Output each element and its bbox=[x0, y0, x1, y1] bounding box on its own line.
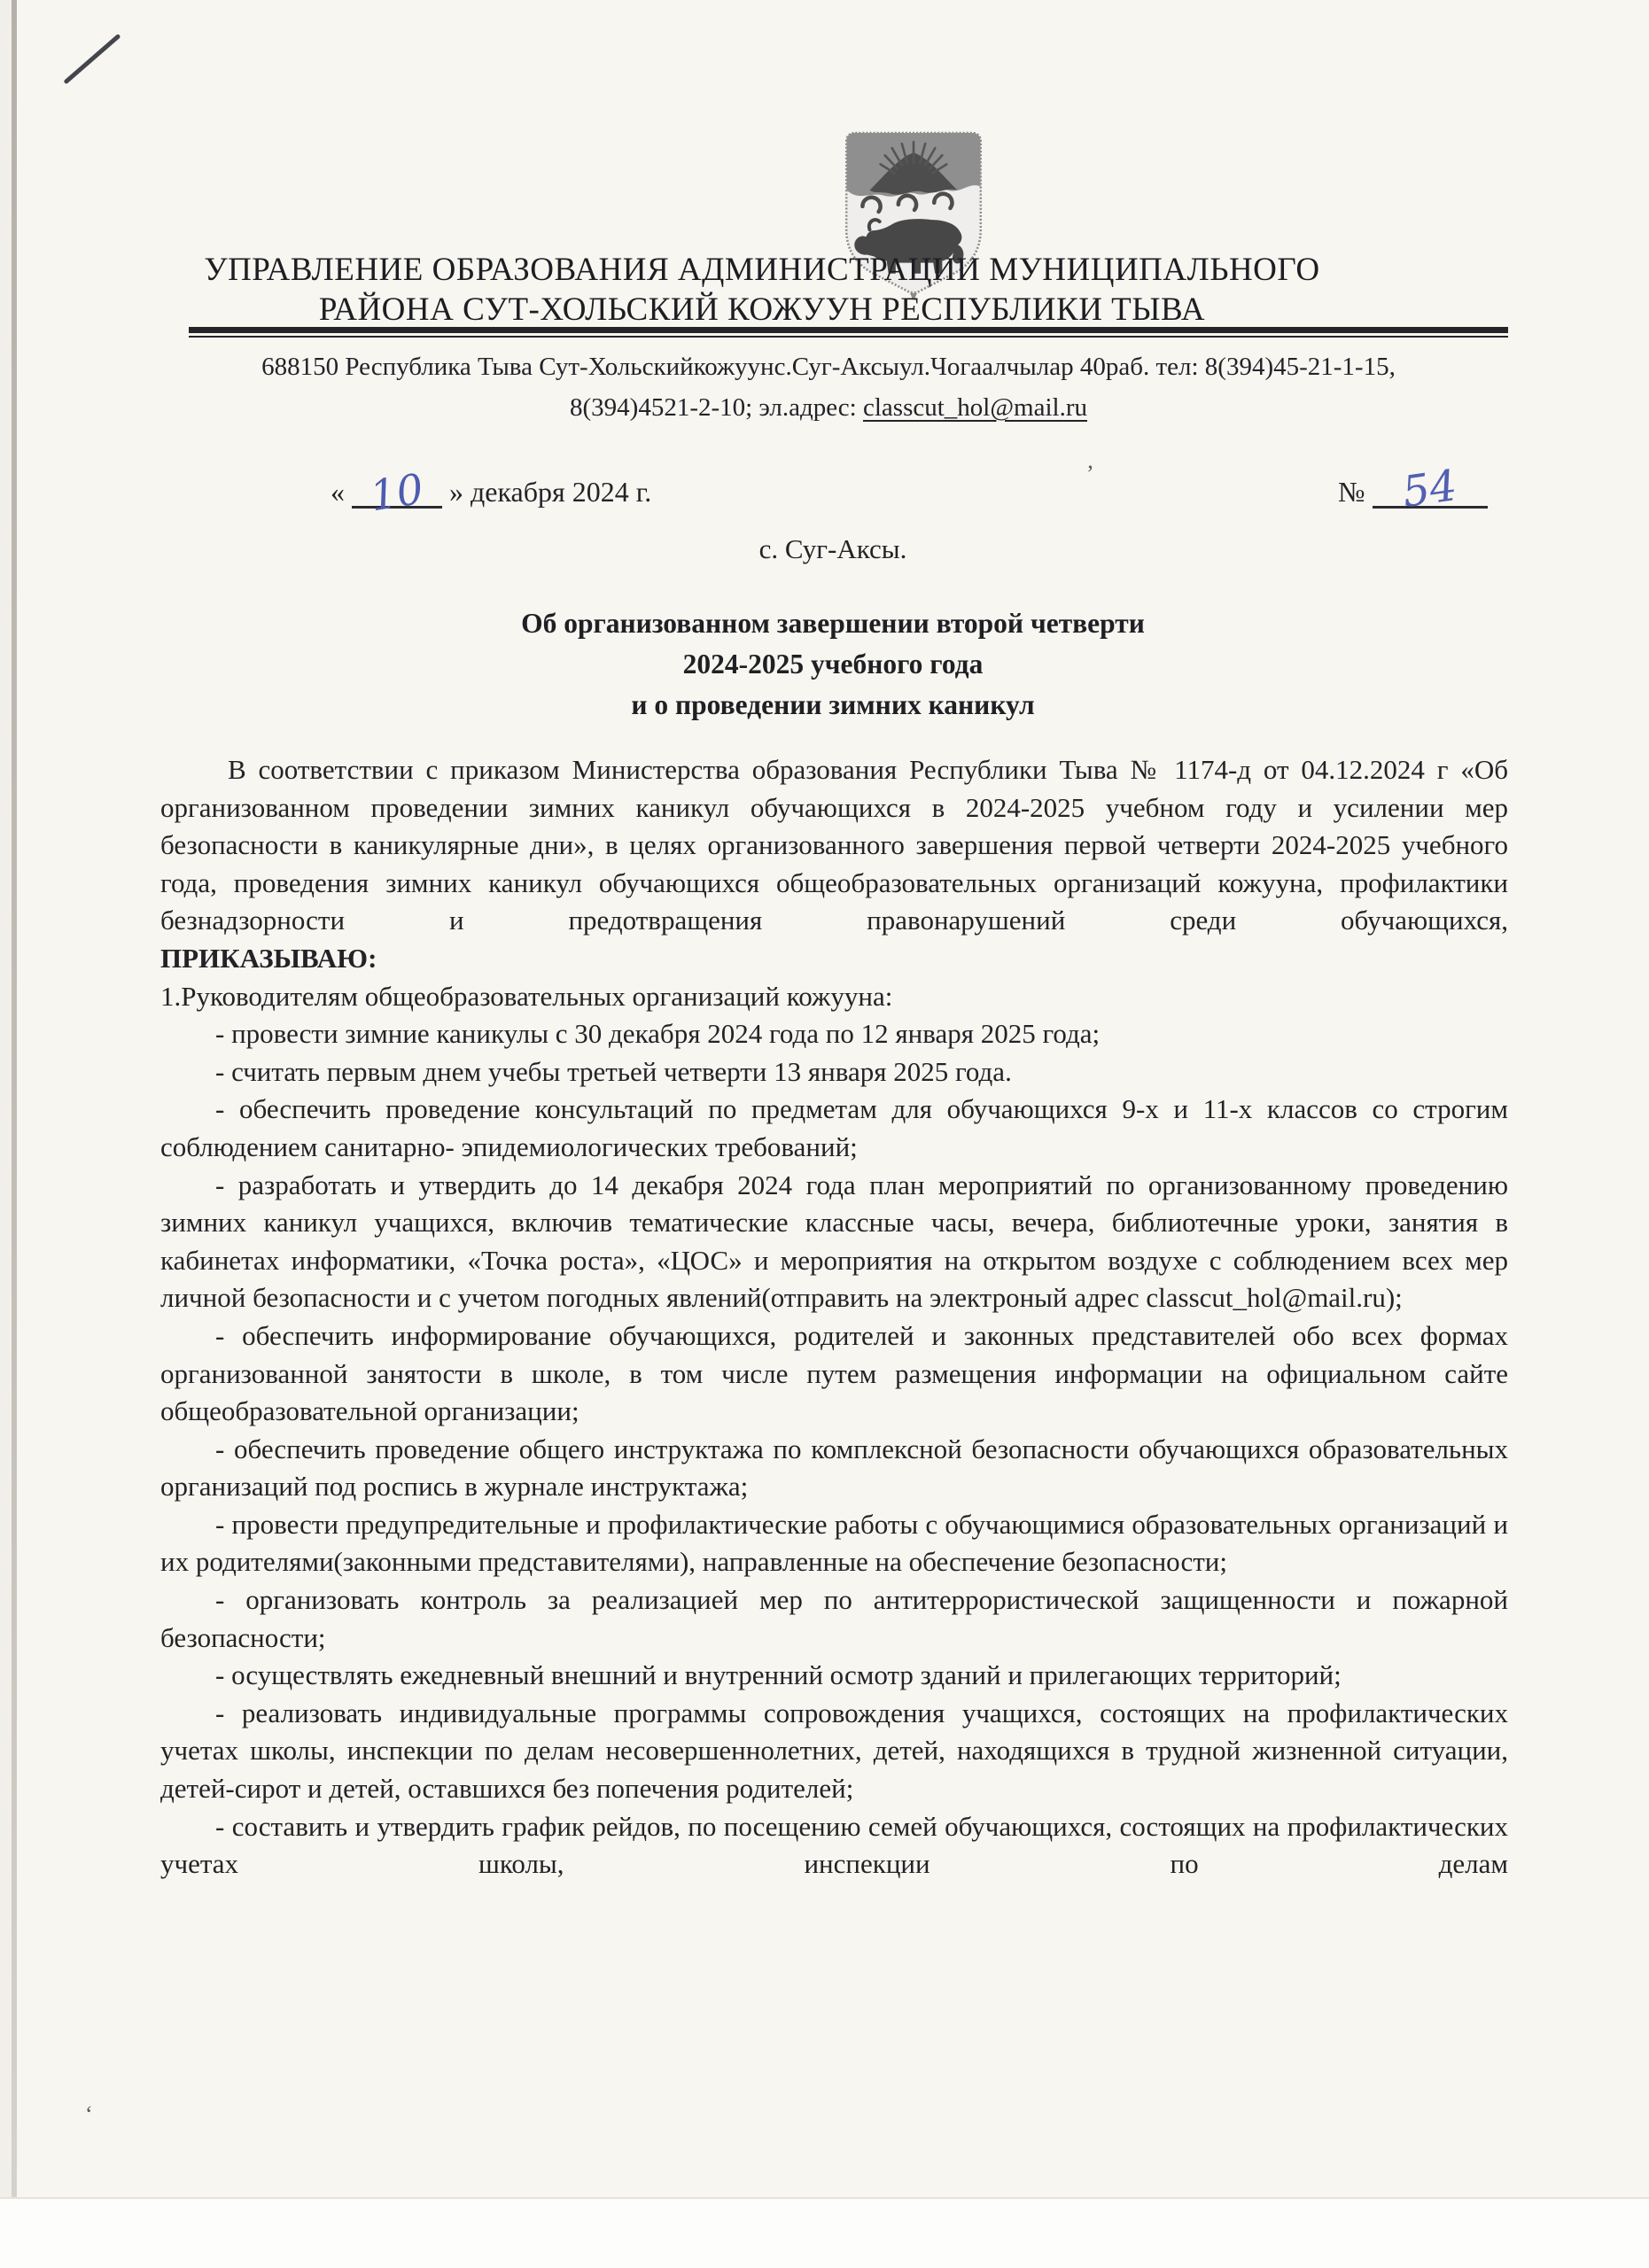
section-1-heading: 1.Руководителям общеобразовательных орга… bbox=[160, 978, 1508, 1016]
handwritten-number: 54 bbox=[1403, 485, 1456, 493]
prikaz-word: ПРИКАЗЫВАЮ: bbox=[160, 940, 1508, 978]
address-line2: 8(394)4521-2-10; эл.адрес: classcut_hol@… bbox=[151, 387, 1506, 428]
quote-open: « bbox=[331, 476, 345, 508]
scanned-order-page: { "header": { "org_name_line1": "УПРАВЛЕ… bbox=[0, 0, 1649, 2268]
order-item: - обеспечить информирование обучающихся,… bbox=[160, 1317, 1508, 1431]
scan-page-edge-shadow bbox=[12, 0, 17, 2215]
document-date: « 10 » декабря 2024 г. bbox=[331, 476, 651, 509]
pen-slash-mark bbox=[63, 34, 121, 85]
place-line: с. Суг-Аксы. bbox=[159, 533, 1506, 565]
divider-thick-line bbox=[189, 327, 1508, 333]
scan-bottom-edge bbox=[0, 2197, 1649, 2268]
divider-thin-line bbox=[189, 336, 1508, 338]
org-name: УПРАВЛЕНИЕ ОБРАЗОВАНИЯ АДМИНИСТРАЦИИ МУН… bbox=[89, 250, 1435, 330]
quote-close: » bbox=[449, 476, 463, 508]
order-item: - считать первым днем учебы третьей четв… bbox=[160, 1053, 1508, 1091]
org-address: 688150 Республика Тыва Сут-Хольскийкожуу… bbox=[151, 346, 1506, 428]
order-item: - разработать и утвердить до 14 декабря … bbox=[160, 1167, 1508, 1317]
org-name-line2: РАЙОНА СУТ-ХОЛЬСКИЙ КОЖУУН РЕСПУБЛИКИ ТЫ… bbox=[89, 290, 1435, 330]
title-line2: 2024-2025 учебного года bbox=[159, 644, 1506, 685]
number-sign: № bbox=[1338, 476, 1365, 508]
email-address: classcut_hol@mail.ru bbox=[863, 393, 1087, 422]
order-item: - организовать контроль за реализацией м… bbox=[160, 1581, 1508, 1657]
scan-left-margin bbox=[0, 0, 12, 2268]
order-item: - осуществлять ежедневный внешний и внут… bbox=[160, 1657, 1508, 1695]
address-line1: 688150 Республика Тыва Сут-Хольскийкожуу… bbox=[151, 346, 1506, 387]
order-item: - обеспечить проведение консультаций по … bbox=[160, 1091, 1508, 1166]
order-item: - реализовать индивидуальные программы с… bbox=[160, 1695, 1508, 1808]
intro-paragraph: В соответствии с приказом Министерства о… bbox=[160, 751, 1508, 940]
document-body: В соответствии с приказом Министерства о… bbox=[160, 751, 1508, 1884]
date-day-blank: 10 bbox=[352, 476, 442, 509]
order-item: - провести предупредительные и профилакт… bbox=[160, 1506, 1508, 1581]
document-title: Об организованном завершении второй четв… bbox=[159, 603, 1506, 726]
title-line3: и о проведении зимних каникул bbox=[159, 685, 1506, 726]
order-item: - обеспечить проведение общего инструкта… bbox=[160, 1431, 1508, 1506]
order-item: - составить и утвердить график рейдов, п… bbox=[160, 1808, 1508, 1884]
order-item: - провести зимние каникулы с 30 декабря … bbox=[160, 1015, 1508, 1053]
title-line1: Об организованном завершении второй четв… bbox=[159, 603, 1506, 644]
handwritten-day: 10 bbox=[370, 489, 423, 497]
document-number: № 54 bbox=[1338, 476, 1488, 509]
address-line2-prefix: 8(394)4521-2-10; эл.адрес: bbox=[570, 393, 863, 422]
stray-ink-mark: ‘ bbox=[85, 2101, 93, 2128]
number-blank: 54 bbox=[1373, 476, 1488, 509]
org-name-line1: УПРАВЛЕНИЕ ОБРАЗОВАНИЯ АДМИНИСТРАЦИИ МУН… bbox=[89, 250, 1435, 290]
date-number-row: « 10 » декабря 2024 г. № 54 bbox=[159, 476, 1506, 538]
date-rest: декабря 2024 г. bbox=[463, 476, 651, 508]
header-divider bbox=[189, 327, 1508, 338]
